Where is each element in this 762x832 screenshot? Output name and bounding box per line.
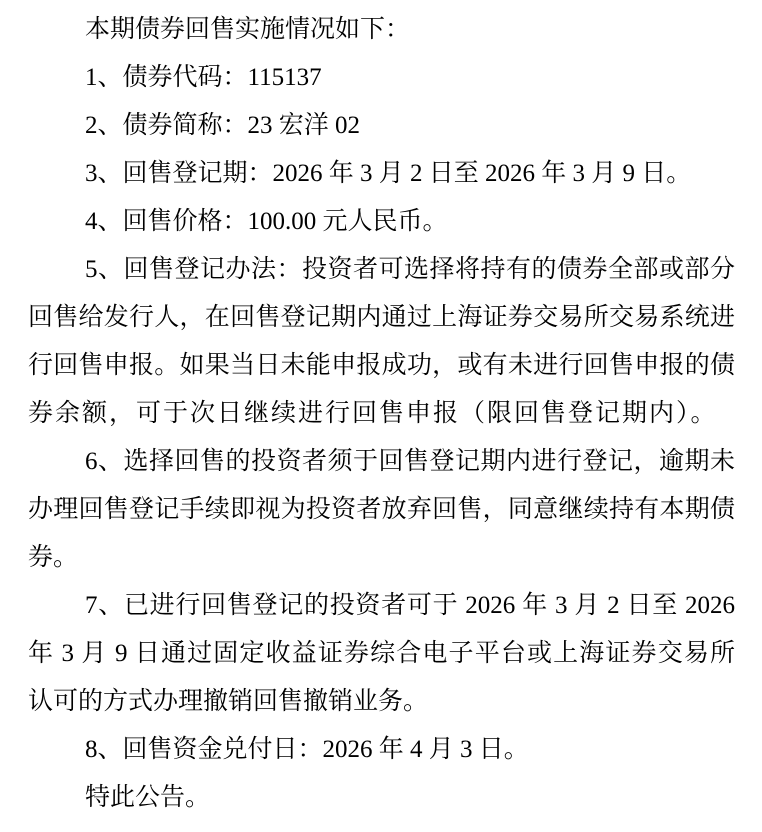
text-line: 本期债券回售实施情况如下： bbox=[28, 6, 735, 54]
announcement-document-page: 本期债券回售实施情况如下：1、债券代码：1151372、债券简称：23 宏洋 0… bbox=[0, 0, 762, 832]
text-line: 券余额，可于次日继续进行回售申报（限回售登记期内）。 bbox=[28, 390, 735, 438]
text-line: 回售给发行人，在回售登记期内通过上海证券交易所交易系统进 bbox=[28, 294, 735, 342]
text-line: 行回售申报。如果当日未能申报成功，或有未进行回售申报的债 bbox=[28, 342, 735, 390]
text-line: 5、回售登记办法：投资者可选择将持有的债券全部或部分 bbox=[28, 246, 735, 294]
document-body: 本期债券回售实施情况如下：1、债券代码：1151372、债券简称：23 宏洋 0… bbox=[28, 6, 735, 822]
text-line: 8、回售资金兑付日：2026 年 4 月 3 日。 bbox=[28, 726, 735, 774]
text-line: 3、回售登记期：2026 年 3 月 2 日至 2026 年 3 月 9 日。 bbox=[28, 150, 735, 198]
text-line: 特此公告。 bbox=[28, 774, 735, 822]
text-line: 7、已进行回售登记的投资者可于 2026 年 3 月 2 日至 2026 bbox=[28, 582, 735, 630]
text-line: 2、债券简称：23 宏洋 02 bbox=[28, 102, 735, 150]
text-line: 1、债券代码：115137 bbox=[28, 54, 735, 102]
text-line: 4、回售价格：100.00 元人民币。 bbox=[28, 198, 735, 246]
text-line: 6、选择回售的投资者须于回售登记期内进行登记，逾期未 bbox=[28, 438, 735, 486]
text-line: 券。 bbox=[28, 534, 735, 582]
text-line: 年 3 月 9 日通过固定收益证券综合电子平台或上海证券交易所 bbox=[28, 630, 735, 678]
text-line: 认可的方式办理撤销回售撤销业务。 bbox=[28, 678, 735, 726]
text-line: 办理回售登记手续即视为投资者放弃回售，同意继续持有本期债 bbox=[28, 486, 735, 534]
